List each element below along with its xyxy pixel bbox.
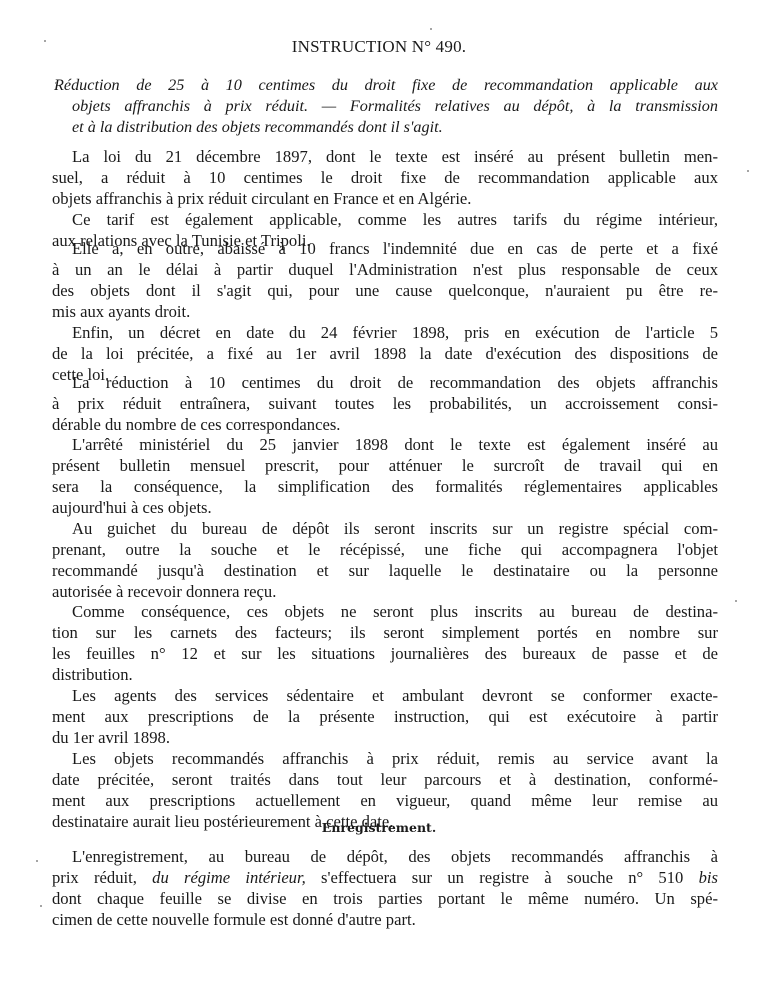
text-line-mixed: prix réduit, du régime intérieur, s'effe… xyxy=(52,867,718,888)
text-line: objets affranchis à prix réduit circulan… xyxy=(52,188,718,209)
text-line: Enfin, un décret en date du 24 février 1… xyxy=(52,322,718,343)
text-line: du 1er avril 1898. xyxy=(52,727,718,748)
scan-speck xyxy=(55,82,57,84)
italic-segment: du régime intérieur, xyxy=(152,868,306,887)
paragraph: La réduction à 10 centimes du droit de r… xyxy=(52,372,718,435)
scan-speck xyxy=(36,860,38,862)
text-line: autorisée à recevoir donnera reçu. xyxy=(52,581,718,602)
summary-line: objets affranchis à prix réduit. — Forma… xyxy=(54,96,718,117)
paragraph: Les agents des services sédentaire et am… xyxy=(52,685,718,748)
text-line: à un an le délai à partir duquel l'Admin… xyxy=(52,259,718,280)
text-line: La loi du 21 décembre 1897, dont le text… xyxy=(52,146,718,167)
paragraph: Elle a, en outre, abaissé à 10 francs l'… xyxy=(52,238,718,322)
text-line: recommandé jusqu'à destination et sur la… xyxy=(52,560,718,581)
paragraph: Comme conséquence, ces objets ne seront … xyxy=(52,601,718,685)
scan-speck xyxy=(747,170,749,172)
section-paragraph: L'enregistrement, au bureau de dépôt, de… xyxy=(52,846,718,930)
text-segment: prix réduit, xyxy=(52,868,152,887)
text-line: L'enregistrement, au bureau de dépôt, de… xyxy=(52,846,718,867)
text-line: Au guichet du bureau de dépôt ils seront… xyxy=(52,518,718,539)
text-line: mis aux ayants droit. xyxy=(52,301,718,322)
section-heading: Enregistrement. xyxy=(0,820,758,835)
text-line: dérable du nombre de ces correspondances… xyxy=(52,414,718,435)
scan-speck xyxy=(735,600,737,602)
scan-speck xyxy=(44,40,46,42)
text-line: Comme conséquence, ces objets ne seront … xyxy=(52,601,718,622)
text-line: La réduction à 10 centimes du droit de r… xyxy=(52,372,718,393)
text-line: Ce tarif est également applicable, comme… xyxy=(52,209,718,230)
text-line: les feuilles n° 12 et sur les situations… xyxy=(52,643,718,664)
summary-line: et à la distribution des objets recomman… xyxy=(54,117,718,138)
document-page: INSTRUCTION N° 490. Réduction de 25 à 10… xyxy=(0,0,758,984)
text-line: sera la conséquence, la simplification d… xyxy=(52,476,718,497)
text-line: de la loi précitée, a fixé au 1er avril … xyxy=(52,343,718,364)
text-line: tion sur les carnets des facteurs; ils s… xyxy=(52,622,718,643)
text-line: dont chaque feuille se divise en trois p… xyxy=(52,888,718,909)
text-line: des objets dont il s'agit qui, pour une … xyxy=(52,280,718,301)
text-line: aujourd'hui à ces objets. xyxy=(52,497,718,518)
text-line: prenant, outre la souche et le récépissé… xyxy=(52,539,718,560)
text-line: présent bulletin mensuel prescrit, pour … xyxy=(52,455,718,476)
text-line: Les objets recommandés affranchis à prix… xyxy=(52,748,718,769)
text-segment: s'effectuera sur un registre à souche n°… xyxy=(306,868,699,887)
text-line: Elle a, en outre, abaissé à 10 francs l'… xyxy=(52,238,718,259)
text-line: distribution. xyxy=(52,664,718,685)
text-line: à prix réduit entraînera, suivant toutes… xyxy=(52,393,718,414)
text-line: ment aux prescriptions actuellement en v… xyxy=(52,790,718,811)
text-line: Les agents des services sédentaire et am… xyxy=(52,685,718,706)
paragraph: L'arrêté ministériel du 25 janvier 1898 … xyxy=(52,434,718,518)
page-title: INSTRUCTION N° 490. xyxy=(0,37,758,57)
summary-line: Réduction de 25 à 10 centimes du droit f… xyxy=(54,75,718,96)
scan-speck xyxy=(430,28,432,30)
text-line: L'arrêté ministériel du 25 janvier 1898 … xyxy=(52,434,718,455)
italic-segment: bis xyxy=(699,868,718,887)
instruction-summary: Réduction de 25 à 10 centimes du droit f… xyxy=(54,75,718,138)
scan-speck xyxy=(40,905,42,907)
text-line: ment aux prescriptions de la présente in… xyxy=(52,706,718,727)
text-line: suel, a réduit à 10 centimes le droit fi… xyxy=(52,167,718,188)
paragraph: La loi du 21 décembre 1897, dont le text… xyxy=(52,146,718,209)
text-line: cimen de cette nouvelle formule est donn… xyxy=(52,909,718,930)
paragraph: Au guichet du bureau de dépôt ils seront… xyxy=(52,518,718,602)
text-line: date précitée, seront traités dans tout … xyxy=(52,769,718,790)
